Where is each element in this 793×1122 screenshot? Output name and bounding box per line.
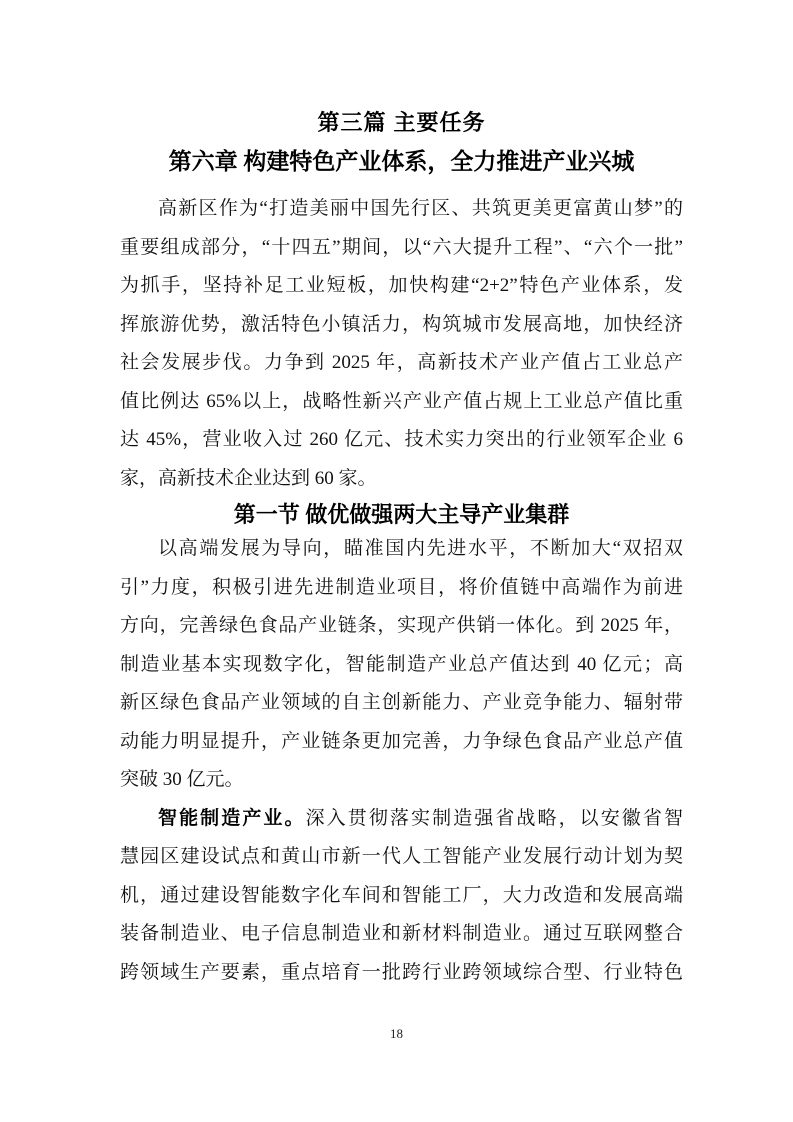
text-line: 机，通过建设智能数字化车间和智能工厂，大力改造和发展高端 — [120, 877, 683, 916]
text-line: 挥旅游优势，激活特色小镇活力，构筑城市发展高地，加快经济 — [120, 306, 683, 345]
chapter-title: 第六章 构建特色产业体系，全力推进产业兴城 — [120, 146, 683, 178]
document-page: 第三篇 主要任务 第六章 构建特色产业体系，全力推进产业兴城 高新区作为“打造美… — [0, 0, 793, 1122]
text-line: 方向，完善绿色食品产业链条，实现产供销一体化。到 2025 年， — [120, 607, 683, 646]
text-segment: 深入贯彻落实制造强省战略，以安徽省智 — [306, 808, 683, 829]
text-line: 以高端发展为导向，瞄准国内先进水平，不断加大“双招双 — [120, 530, 683, 569]
section-title: 第一节 做优做强两大主导产业集群 — [120, 500, 683, 530]
text-line: 引”力度，积极引进先进制造业项目，将价值链中高端作为前进 — [120, 569, 683, 608]
text-line: 跨领域生产要素，重点培育一批跨行业跨领域综合型、行业特色 — [120, 954, 683, 993]
text-line: 制造业基本实现数字化，智能制造产业总产值达到 40 亿元；高 — [120, 646, 683, 685]
text-line: 智能制造产业。深入贯彻落实制造强省战略，以安徽省智 — [120, 800, 683, 839]
paragraph-2: 以高端发展为导向，瞄准国内先进水平，不断加大“双招双 引”力度，积极引进先进制造… — [120, 530, 683, 800]
text-line: 高新区作为“打造美丽中国先行区、共筑更美更富黄山梦”的 — [120, 190, 683, 229]
text-line: 为抓手，坚持补足工业短板，加快构建“2+2”特色产业体系，发 — [120, 267, 683, 306]
page-number: 18 — [0, 1026, 793, 1042]
text-line: 重要组成部分，“十四五”期间，以“六大提升工程”、“六个一批” — [120, 229, 683, 268]
text-line: 值比例达 65%以上，战略性新兴产业产值占规上工业总产值比重 — [120, 383, 683, 422]
text-line: 新区绿色食品产业领域的自主创新能力、产业竞争能力、辐射带 — [120, 684, 683, 723]
text-line: 突破 30 亿元。 — [120, 761, 683, 800]
text-line: 慧园区建设试点和黄山市新一代人工智能产业发展行动计划为契 — [120, 838, 683, 877]
text-line: 家，高新技术企业达到 60 家。 — [120, 460, 683, 499]
paragraph-lead: 智能制造产业。 — [158, 808, 306, 829]
text-line: 达 45%，营业收入过 260 亿元、技术实力突出的行业领军企业 6 — [120, 421, 683, 460]
paragraph-3: 智能制造产业。深入贯彻落实制造强省战略，以安徽省智 慧园区建设试点和黄山市新一代… — [120, 800, 683, 993]
part-title: 第三篇 主要任务 — [120, 108, 683, 138]
paragraph-1: 高新区作为“打造美丽中国先行区、共筑更美更富黄山梦”的 重要组成部分，“十四五”… — [120, 190, 683, 498]
text-line: 社会发展步伐。力争到 2025 年，高新技术产业产值占工业总产 — [120, 344, 683, 383]
text-line: 动能力明显提升，产业链条更加完善，力争绿色食品产业总产值 — [120, 723, 683, 762]
text-line: 装备制造业、电子信息制造业和新材料制造业。通过互联网整合 — [120, 915, 683, 954]
